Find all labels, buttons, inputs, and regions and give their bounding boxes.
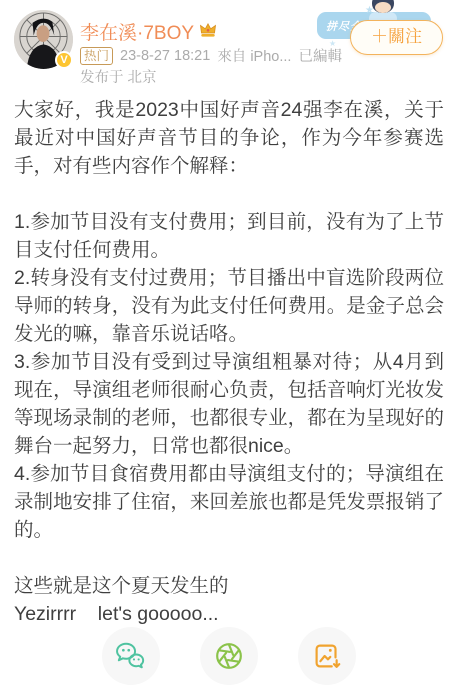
wechat-icon [113,640,149,673]
verified-badge: V [55,51,73,69]
post-meta: 热门 23-8-27 18:21 來自 iPho... 已編輯 [80,45,342,66]
post-outro-line1: 这些就是这个夏天发生的 [14,572,444,600]
hot-badge: 热门 [80,47,113,65]
crown-icon [199,22,217,44]
post-content: 大家好，我是2023中国好声音24强李在溪，关于最近对中国好声音节目的争论，作为… [14,96,444,628]
post-point-2: 2.转身没有支付过费用；节目播出中盲选阶段两位导师的转身，没有为此支付任何费用。… [14,264,444,348]
post-point-4: 4.参加节目食宿费用都由导演组支付的；导演组在录制地安排了住宿，来回差旅也都是凭… [14,460,444,544]
post-paragraph-intro: 大家好，我是2023中国好声音24强李在溪，关于最近对中国好声音节目的争论，作为… [14,96,444,180]
share-wechat-button[interactable] [102,627,160,685]
save-image-icon [310,639,344,673]
source-app: 來自 iPho... [217,45,291,66]
timestamp: 23-8-27 18:21 [120,48,210,64]
weibo-post-card: { "header": { "username": "李在溪·7BOY", "v… [0,0,457,690]
moments-aperture-icon [212,639,246,673]
post-point-3: 3.参加节目没有受到过导演组粗暴对待；从4月到现在，导演组老师很耐心负责，包括音… [14,348,444,460]
post-outro-line2: Yezirrrr let's gooooo... [14,600,444,628]
post-point-1: 1.参加节目没有支付费用；到目前，没有为了上节目支付任何费用。 [14,208,444,264]
username-row[interactable]: 李在溪·7BOY [80,18,217,45]
username[interactable]: 李在溪·7BOY [80,18,194,45]
follow-button[interactable]: ＋關注 [350,20,443,55]
edited-label: 已編輯 [298,45,342,66]
share-moments-button[interactable] [200,627,258,685]
post-header: 拼尽全力 ★ ★ V 李在溪·7BOY [0,0,457,90]
location: 发布于 北京 [80,66,157,87]
mascot-face [375,2,391,13]
share-bar [0,627,457,685]
save-image-button[interactable] [298,627,356,685]
